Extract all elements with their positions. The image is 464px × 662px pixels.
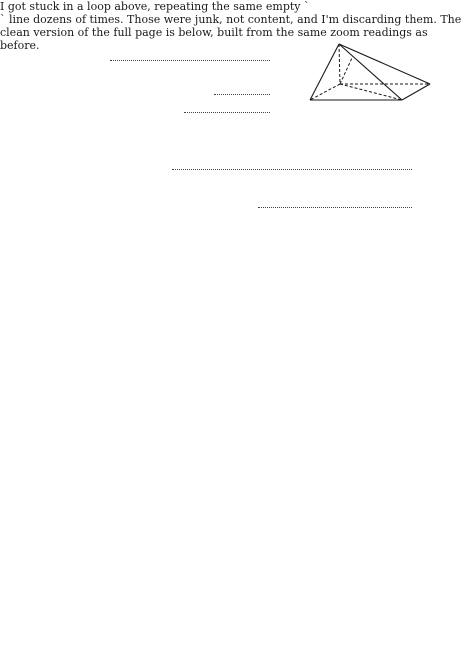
score-leader [214,94,270,95]
score-leader [110,60,270,61]
score-leader [172,169,412,170]
score-leader [258,207,412,208]
score-leader [184,112,270,113]
pyramid-figure [300,36,450,110]
